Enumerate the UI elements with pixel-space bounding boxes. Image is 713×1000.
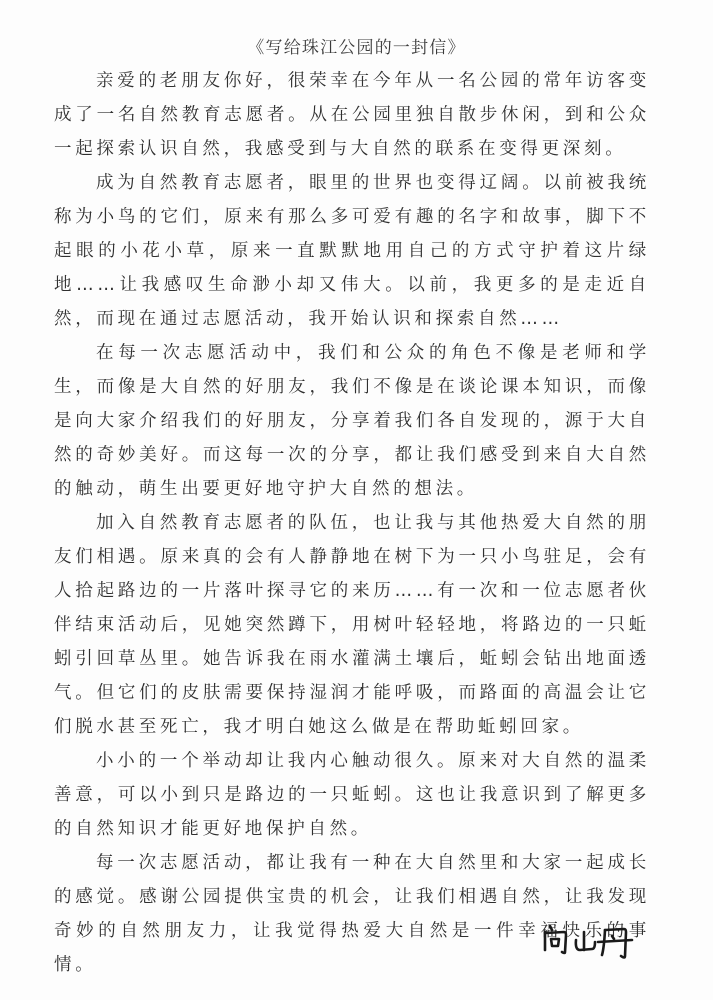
handwritten-signature: 向山丹: [540, 918, 640, 962]
signature-strokes-icon: [540, 918, 640, 962]
paragraph-greeting: 亲爱的老朋友你好，很荣幸在今年从一名公园的常年访客变成了一名自然教育志愿者。从在…: [54, 64, 650, 166]
paragraph-volunteer-activities: 在每一次志愿活动中，我们和公众的角色不像是老师和学生，而像是大自然的好朋友，我们…: [54, 336, 650, 506]
letter-page: 《写给珠江公园的一封信》 亲爱的老朋友你好，很荣幸在今年从一名公园的常年访客变成…: [0, 0, 713, 1000]
letter-title: 《写给珠江公园的一封信》: [0, 36, 713, 60]
letter-body: 亲爱的老朋友你好，很荣幸在今年从一名公园的常年访客变成了一名自然教育志愿者。从在…: [54, 64, 650, 982]
paragraph-broadened-world: 成为自然教育志愿者，眼里的世界也变得辽阔。以前被我统称为小鸟的它们，原来有那么多…: [54, 166, 650, 336]
paragraph-reflection: 小小的一个举动却让我内心触动很久。原来对大自然的温柔善意，可以小到只是路边的一只…: [54, 744, 650, 846]
paragraph-earthworm-story: 加入自然教育志愿者的队伍，也让我与其他热爱大自然的朋友们相遇。原来真的会有人静静…: [54, 506, 650, 744]
